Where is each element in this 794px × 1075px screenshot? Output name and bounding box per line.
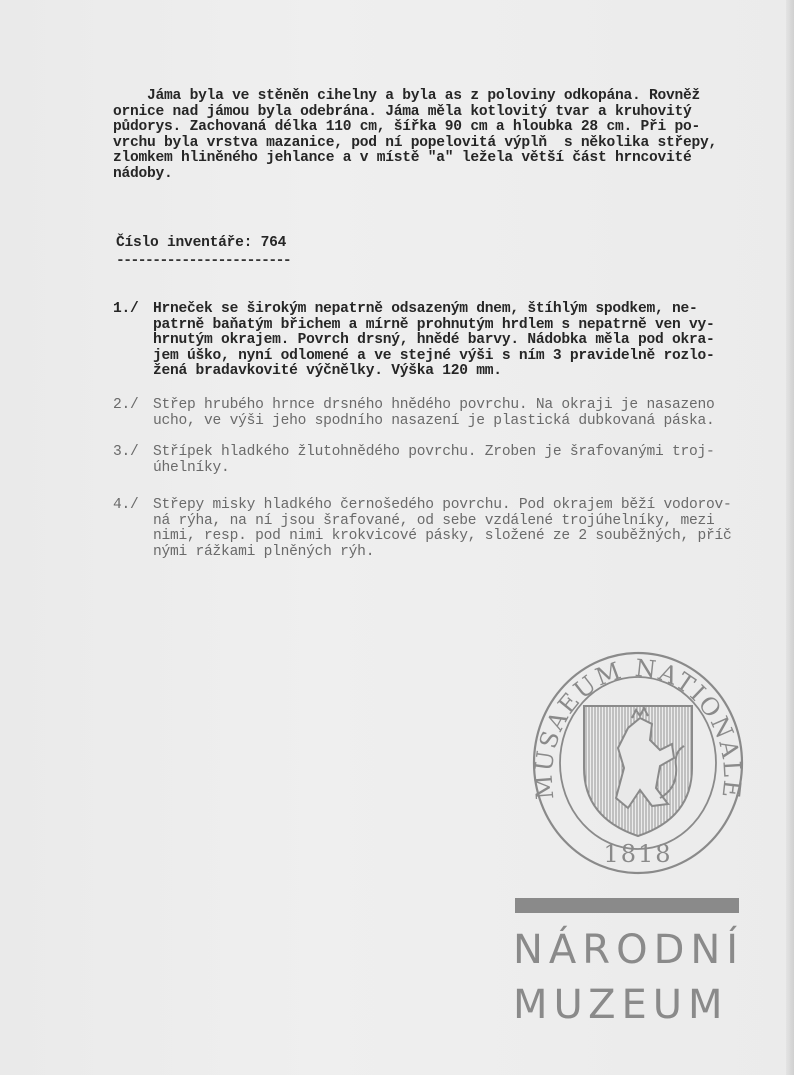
item-description: Střep hrubého hrnce drsného hnědého povr… [153, 398, 715, 429]
item-number: 4./ [113, 498, 139, 514]
brand-line-narodni: NÁRODNÍ [513, 928, 743, 972]
brand-line-muzeum: MUZEUM [513, 983, 743, 1027]
list-item: 2./ Střep hrubého hrnce drsného hnědého … [113, 398, 130, 445]
inventory-underline: ------------------------ [116, 254, 290, 270]
seal-year: 1818 [603, 840, 672, 868]
item-number: 3./ [113, 445, 139, 461]
rampant-lion-shield-icon [584, 706, 692, 836]
item-description: Střepy misky hladkého černošedého povrch… [153, 498, 732, 560]
intro-paragraph: Jáma byla ve stěněn cihelny a byla as z … [113, 89, 717, 182]
museum-seal: MUSAEUM NATIONALE 1818 [528, 648, 748, 878]
list-item: 4./ Střepy misky hladkého černošedého po… [113, 498, 130, 545]
item-number: 2./ [113, 398, 139, 414]
page-edge [786, 0, 794, 1075]
inventory-number-heading: Číslo inventáře: 764 [116, 236, 286, 252]
item-description: Střípek hladkého žlutohnědého povrchu. Z… [153, 445, 715, 476]
brand-bar [515, 898, 739, 913]
item-description: Hrneček se širokým nepatrně odsazeným dn… [153, 302, 715, 380]
item-number: 1./ [113, 302, 139, 318]
list-item: 1./ Hrneček se širokým nepatrně odsazený… [113, 302, 130, 349]
list-item: 3./ Střípek hladkého žlutohnědého povrch… [113, 445, 130, 492]
